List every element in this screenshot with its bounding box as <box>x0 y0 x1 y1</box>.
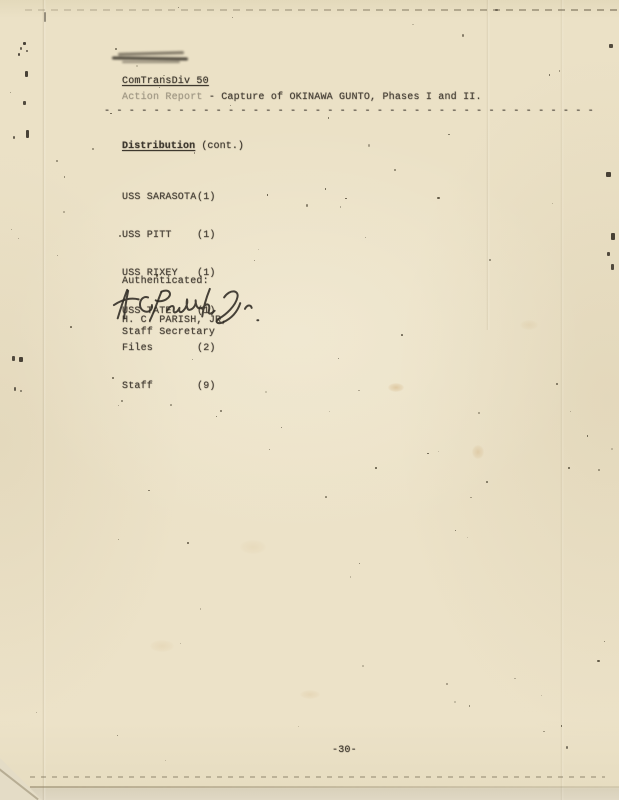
unit-designation: ComTransDiv 50 <box>122 76 209 89</box>
handwritten-signature <box>112 285 264 327</box>
scan-edge-artifact <box>25 9 619 11</box>
distribution-heading: Distribution (cont.) <box>122 141 244 154</box>
addressee-name: Staff <box>122 381 197 394</box>
paper-stain <box>520 320 538 330</box>
page-corner <box>0 758 42 800</box>
ink-mark <box>23 101 26 105</box>
copy-count: (1) <box>197 230 216 243</box>
copy-count: (2) <box>197 343 216 356</box>
ink-mark <box>44 12 46 22</box>
distribution-row: USS SARASOTA (1) <box>122 192 216 205</box>
ink-mark <box>26 50 28 52</box>
ink-mark <box>566 746 568 749</box>
ink-mark <box>611 264 614 270</box>
ink-mark <box>25 71 28 77</box>
ink-mark <box>23 42 26 45</box>
ink-mark <box>495 9 498 11</box>
distribution-heading-suffix: (cont.) <box>195 141 244 152</box>
distribution-row: Files (2) <box>122 343 216 356</box>
addressee-name: USS SARASOTA <box>122 192 197 205</box>
ink-mark <box>20 390 22 392</box>
ink-mark <box>12 356 15 361</box>
ink-mark <box>611 233 615 240</box>
report-title-faded-part: Action Report <box>122 92 209 103</box>
paper-stain <box>150 640 174 652</box>
dashed-divider: - - - - - - - - - - - - - - - - - - - - … <box>104 106 598 119</box>
copy-count: (9) <box>197 381 216 394</box>
ink-mark <box>13 136 15 139</box>
scanned-document-page: ComTransDiv 50 Action Report - Capture o… <box>0 0 619 800</box>
paper-fold-crease <box>42 0 46 800</box>
report-title-line: Action Report - Capture of OKINAWA GUNTO… <box>122 92 482 105</box>
ink-mark <box>607 252 610 256</box>
page-number: -30- <box>332 745 357 758</box>
addressee-name: Files <box>122 343 197 356</box>
distribution-row: Staff (9) <box>122 381 216 394</box>
paper-stain <box>388 383 404 392</box>
ink-mark <box>609 44 613 48</box>
paper-stain <box>472 445 484 459</box>
addressee-name: USS PITT <box>122 230 197 243</box>
ink-mark <box>14 387 16 391</box>
paper-fold-crease <box>486 0 490 330</box>
ink-mark <box>20 47 22 50</box>
copy-count: (1) <box>197 192 216 205</box>
page-bottom-edge <box>30 786 619 788</box>
report-title-rest: - Capture of OKINAWA GUNTO, Phases I and… <box>209 92 482 103</box>
ink-mark <box>606 172 611 177</box>
bottom-dotted-line <box>30 776 605 778</box>
paper-stain <box>300 690 320 699</box>
distribution-heading-underlined: Distribution <box>122 141 195 152</box>
ink-mark <box>19 357 23 362</box>
faded-ink-smudge <box>112 50 192 66</box>
distribution-row: USS PITT (1) <box>122 230 216 243</box>
paper-stain <box>240 540 266 554</box>
typed-signature-title: Staff Secretary <box>122 327 215 340</box>
ink-mark <box>26 130 29 138</box>
ink-mark <box>18 53 20 56</box>
paper-fold-crease <box>560 0 564 800</box>
